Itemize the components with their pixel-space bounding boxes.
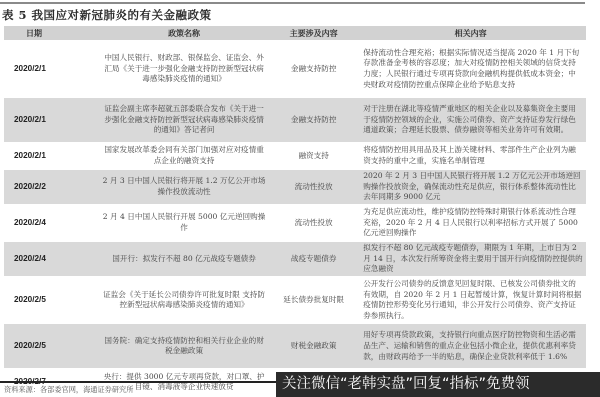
cell-date: 2020/2/1 — [4, 98, 96, 142]
cell-name: 中国人民银行、财政部、银保监会、证监会、外汇局《关于进一步强化金融支持防控新型冠… — [96, 42, 272, 96]
cell-name: 证监会副主席李超就五部委联合发布《关于进一步强化金融支持防控新型冠状病毒感染肺炎… — [96, 98, 272, 142]
cell-date: 2020/2/4 — [4, 206, 96, 240]
cell-topic: 流动性投放 — [272, 170, 355, 204]
cell-date: 2020/2/1 — [4, 42, 96, 96]
cell-topic: 融资支持 — [272, 144, 355, 168]
top-rule — [0, 2, 585, 4]
cell-content: 对于注册在湖北等疫情严重地区的相关企业以及募集资金主要用于疫情防控领域的企业，实… — [355, 98, 586, 142]
watermark-banner: 关注微信“老韩实盘”回复“指标”免费领 — [276, 372, 600, 397]
cell-topic: 金融支持防控 — [272, 98, 355, 142]
cell-topic: 延长债券批复时限 — [272, 278, 355, 322]
header-topic: 主要涉及内容 — [272, 26, 355, 40]
table-row: 2020/2/1 证监会副主席李超就五部委联合发布《关于进一步强化金融支持防控新… — [4, 98, 586, 142]
cell-content: 保持流动性合理充裕；根据实际情况适当提高 2020 年 1 月下旬存款准备金考核… — [355, 42, 586, 96]
cell-name: 国开行：拟发行不超 80 亿元战疫专题债券 — [96, 242, 272, 276]
source-note: 资料来源：各部委官网，海通证券研究所 — [4, 385, 133, 395]
header-content: 相关内容 — [355, 26, 586, 40]
cell-topic: 金融支持防控 — [272, 42, 355, 96]
cell-topic: 流动性投放 — [272, 206, 355, 240]
table-title: 表 5 我国应对新冠肺炎的有关金融政策 — [2, 7, 212, 23]
cell-name: 2 月 4 日中国人民银行开展 5000 亿元逆回购操作 — [96, 206, 272, 240]
cell-content: 用好专项再贷款政策，支持银行向重点医疗防控物资和生活必需品生产、运输和销售的重点… — [355, 324, 586, 368]
cell-name: 证监会《关于延长公司债券许可批复时限 支持防控新型冠状病毒感染肺炎疫情的通知》 — [96, 278, 272, 322]
cell-name: 国家发展改革委会同有关部门加强对应对疫情重点企业的融资支持 — [96, 144, 272, 168]
table-row: 2020/2/2 2 月 3 日中国人民银行将开展 1.2 万亿公开市场操作投放… — [4, 170, 586, 204]
table-header-row: 日期 政策名称 主要涉及内容 相关内容 — [4, 26, 586, 40]
cell-topic: 战疫专题债券 — [272, 242, 355, 276]
cell-name: 国务院：确定支持疫情防控和相关行业企业的财税金融政策 — [96, 324, 272, 368]
cell-date: 2020/2/5 — [4, 278, 96, 322]
table-row: 2020/2/5 证监会《关于延长公司债券许可批复时限 支持防控新型冠状病毒感染… — [4, 278, 586, 322]
header-date: 日期 — [4, 26, 96, 40]
cell-name: 2 月 3 日中国人民银行将开展 1.2 万亿公开市场操作投放流动性 — [96, 170, 272, 204]
cell-date: 2020/2/5 — [4, 324, 96, 368]
header-name: 政策名称 — [96, 26, 272, 40]
cell-content: 拟发行不超 80 亿元战疫专题债券，期限为 1 年期，上市日为 2 月 14 日… — [355, 242, 586, 276]
cell-content: 公开发行公司债券的反馈意见回复时限、已核发公司债券批文的有效期，自 2020 年… — [355, 278, 586, 322]
cell-date: 2020/2/4 — [4, 242, 96, 276]
cell-date: 2020/2/1 — [4, 144, 96, 168]
cell-date: 2020/2/2 — [4, 170, 96, 204]
table-row: 2020/2/1 中国人民银行、财政部、银保监会、证监会、外汇局《关于进一步强化… — [4, 42, 586, 96]
table-row: 2020/2/5 国务院：确定支持疫情防控和相关行业企业的财税金融政策 财税金融… — [4, 324, 586, 368]
policy-table: 日期 政策名称 主要涉及内容 相关内容 2020/2/1 中国人民银行、财政部、… — [4, 24, 586, 396]
cell-topic: 财税金融政策 — [272, 324, 355, 368]
cell-content: 为充足供应流动性，维护疫情防控特殊时期银行体系流动性合理充裕，2020 年 2 … — [355, 206, 586, 240]
cell-content: 2020 年 2 月 3 日中国人民银行将开展 1.2 万亿元公开市场逆回购操作… — [355, 170, 586, 204]
table-row: 2020/2/4 国开行：拟发行不超 80 亿元战疫专题债券 战疫专题债券 拟发… — [4, 242, 586, 276]
cell-content: 将疫情防控用具用品及其上游关键材料、零部件生产企业列为融资支持的重中之重，实施名… — [355, 144, 586, 168]
table-row: 2020/2/1 国家发展改革委会同有关部门加强对应对疫情重点企业的融资支持 融… — [4, 144, 586, 168]
table-row: 2020/2/4 2 月 4 日中国人民银行开展 5000 亿元逆回购操作 流动… — [4, 206, 586, 240]
